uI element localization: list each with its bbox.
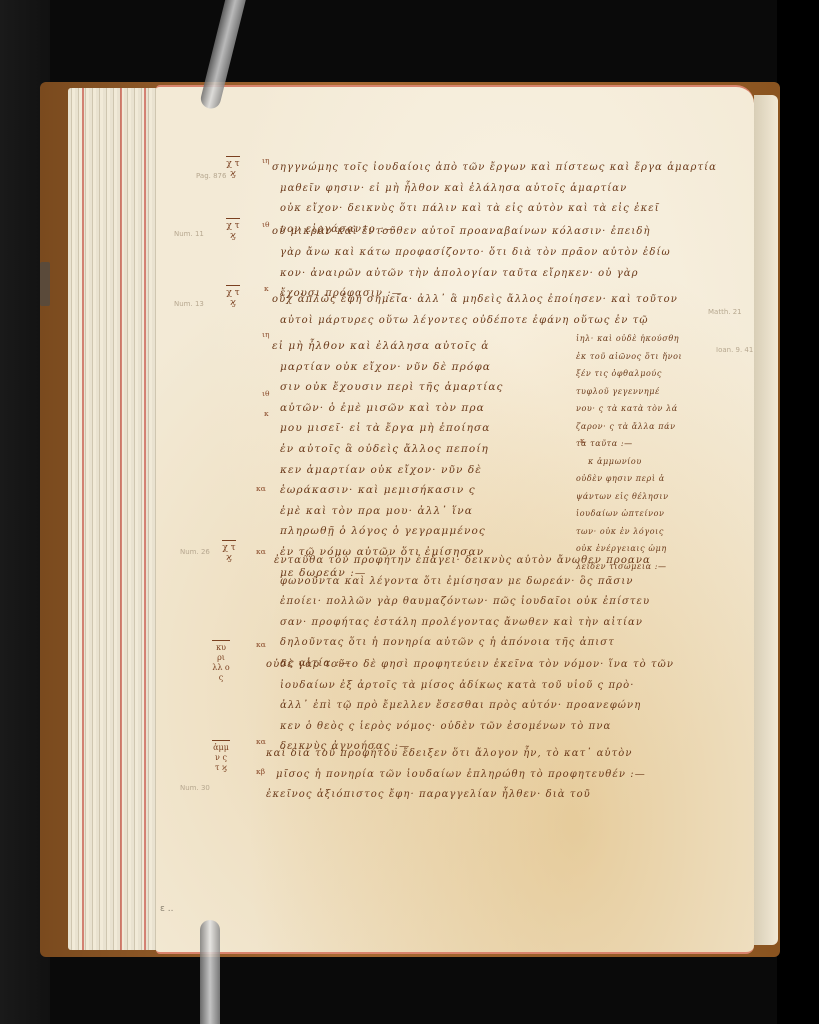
text-line: μαρτίαν οὐκ εἴχον· νῦν δὲ πρόφα [272,357,504,378]
text-line: ἰηλ· καὶ οὐδὲ ἠκούσθη [576,330,682,348]
commentary-block-7: καὶ διὰ τοῦ προφήτου ἔδειξεν ὅτι ἄλογον … [266,744,646,806]
text-line: πληρωθῇ ὁ λόγος ὁ γεγραμμένος [272,521,504,542]
margin-note: Num. 30 [180,784,210,792]
text-line: σηγγνώμης τοῖς ἰουδαίοις ἀπὸ τῶν ἔργων κ… [272,158,717,179]
text-line: ἐνταῦθα τὸν προφήτην ἐπάγει· δεικνὺς αὐτ… [274,551,651,572]
text-line: οὐδὲ γὰρ τοῦτο δὲ φησὶ προφητεύειν ἐκεῖν… [266,655,674,676]
margin-note: Num. 11 [174,230,204,238]
gospel-lemma-column: εἰ μὴ ἦλθον καὶ ἐλάλησα αὐτοῖς ἁ μαρτίαν… [272,336,504,583]
page-edges-stack [68,88,164,950]
ammonius-attribution-mark: ἀμμ ν ς τ ϗ [212,740,230,773]
red-edge-line [120,88,122,950]
cyril-attribution-mark: κυ ρι λλ ο ς [212,640,230,683]
recto-page-edge [754,95,778,945]
text-line: οὐ μικρὰν καὶ ἐντοῦθεν αὐτοῖ προαναβαίνω… [272,222,671,243]
section-number: κα [256,640,266,649]
text-line: καὶ διὰ τοῦ προφήτου ἔδειξεν ὅτι ἄλογον … [266,744,646,765]
page-holder-rod-bottom [200,920,220,1024]
text-line: ξέν τις ὀφθαλμούς [576,365,682,383]
text-line: νου· ς τὰ κατὰ τὸν λά [576,400,682,418]
text-line: μῖσος ἡ πονηρία τῶν ἰουδαίων ἐπληρώθη τὸ… [266,765,646,786]
commentary-block-3: οὐχ ἁπλῶς ἔφη σημεῖα· ἀλλ᾽ ἃ μηδεὶς ἄλλο… [272,290,678,331]
text-line: σαν· προφήτας ἐστάλη προλέγοντας ἄνωθεν … [274,613,651,634]
commentary-block-6: οὐδὲ γὰρ τοῦτο δὲ φησὶ προφητεύειν ἐκεῖν… [266,655,674,758]
text-line: οὐδὲν φησιν περὶ ἁ [576,470,682,488]
text-line: αὐτοὶ μάρτυρες οὕτω λέγοντες οὐδέποτε ἐφ… [272,311,678,332]
text-line: τα ταῦτα :— [576,435,682,453]
text-line: αὐτῶν· ὁ ἐμὲ μισῶν καὶ τὸν πρα [272,398,504,419]
christ-monogram-icon: χ τ ϗ [226,218,240,241]
text-line: σιν οὐκ ἔχουσιν περὶ τῆς ἁμαρτίας [272,377,504,398]
section-number: ιη [262,156,269,165]
text-line: ἐν αὐτοῖς ἃ οὐδεὶς ἄλλος πεποίη [272,439,504,460]
text-line: κ ἀμμωνίου [576,453,682,471]
christ-monogram-icon: χ τ ϗ [222,540,236,563]
commentary-side-column: ἰηλ· καὶ οὐδὲ ἠκούσθη ἐκ τοῦ αἰῶνος ὅτι … [576,330,682,575]
margin-note: Pag. 876 [196,172,226,180]
section-number: κβ [256,767,265,776]
text-line: μαθεῖν φησιν· εἰ μὴ ἦλθον καὶ ἐλάλησα αὐ… [272,179,717,200]
christ-monogram-icon: χ τ ϗ [226,285,240,308]
text-line: οὐχ ἁπλῶς ἔφη σημεῖα· ἀλλ᾽ ἃ μηδεὶς ἄλλο… [272,290,678,311]
section-number: κ [264,409,269,418]
text-line: κεν ἁμαρτίαν οὐκ εἴχον· νῦν δὲ [272,460,504,481]
stray-mark: ε .. [160,904,173,914]
section-number: ιη [262,330,269,339]
section-number: κα [256,737,266,746]
section-number: κ [264,284,269,293]
text-line: των· οὐκ ἐν λόγοις [576,523,682,541]
binding-clasp [40,262,50,306]
text-line: ἰουδαίων ἐξ ἀρτοῖς τὰ μίσος ἀδίκως κατὰ … [266,676,674,697]
text-line: ἑωράκασιν· καὶ μεμισήκασιν ς [272,480,504,501]
text-line: ἐμὲ καὶ τὸν πρα μου· ἀλλ᾽ ἵνα [272,501,504,522]
text-line: ἐκεῖνος ἀξιόπιστος ἔφη· παραγγελίαν ἦλθε… [266,785,646,806]
section-number: κα [256,547,266,556]
red-edge-line [144,88,146,950]
text-line: δηλοῦντας ὅτι ἡ πονηρία αὐτῶν ς ἡ ἀπόνοι… [274,633,651,654]
text-line: ἐκ τοῦ αἰῶνος ὅτι ἤνοι [576,348,682,366]
text-line: ζαρον· ς τὰ ἄλλα πάν [576,418,682,436]
text-line: τυφλοῦ γεγεννημέ [576,383,682,401]
text-line: εἰ μὴ ἦλθον καὶ ἐλάλησα αὐτοῖς ἁ [272,336,504,357]
text-line: φωνοῦντα καὶ λέγοντα ὅτι ἐμίσησαν με δωρ… [274,572,651,593]
section-number: ιθ [262,389,269,398]
text-line: ψάντων εἰς θέλησιν [576,488,682,506]
red-edge-line [82,88,84,950]
section-number: ιθ [262,220,269,229]
margin-note: Num. 13 [174,300,204,308]
text-line: ἀλλ᾽ ἐπὶ τῷ πρὸ ἔμελλεν ἔσεσθαι πρὸς αὐτ… [266,696,674,717]
backdrop-right [777,0,819,1024]
text-line: κον· ἀναιρῶν αὐτῶν τὴν ἀπολογίαν ταῦτα ε… [272,264,671,285]
margin-note: Matth. 21 [708,308,742,316]
margin-note: Ioan. 9. 41 [716,346,753,354]
christ-monogram-icon: χ τ ϗ [226,156,240,179]
text-line: ἐποίει· πολλῶν γὰρ θαυμαζόντων· πῶς ἰουδ… [274,592,651,613]
text-line: μου μισεῖ· εἰ τὰ ἔργα μὴ ἐποίησα [272,418,504,439]
text-line: ἰουδαίων ὠπτείνον [576,505,682,523]
text-line: οὐκ εἴχον· δεικνὺς ὅτι πάλιν καὶ τὰ εἰς … [272,199,717,220]
margin-note: Num. 26 [180,548,210,556]
text-line: κεν ὁ θεὸς ς ἱερὸς νόμος· οὐδὲν τῶν ἐσομ… [266,717,674,738]
text-line: γὰρ ἄνω καὶ κάτω προφασίζοντο· ὅτι διὰ τ… [272,243,671,264]
section-number: κα [256,484,266,493]
